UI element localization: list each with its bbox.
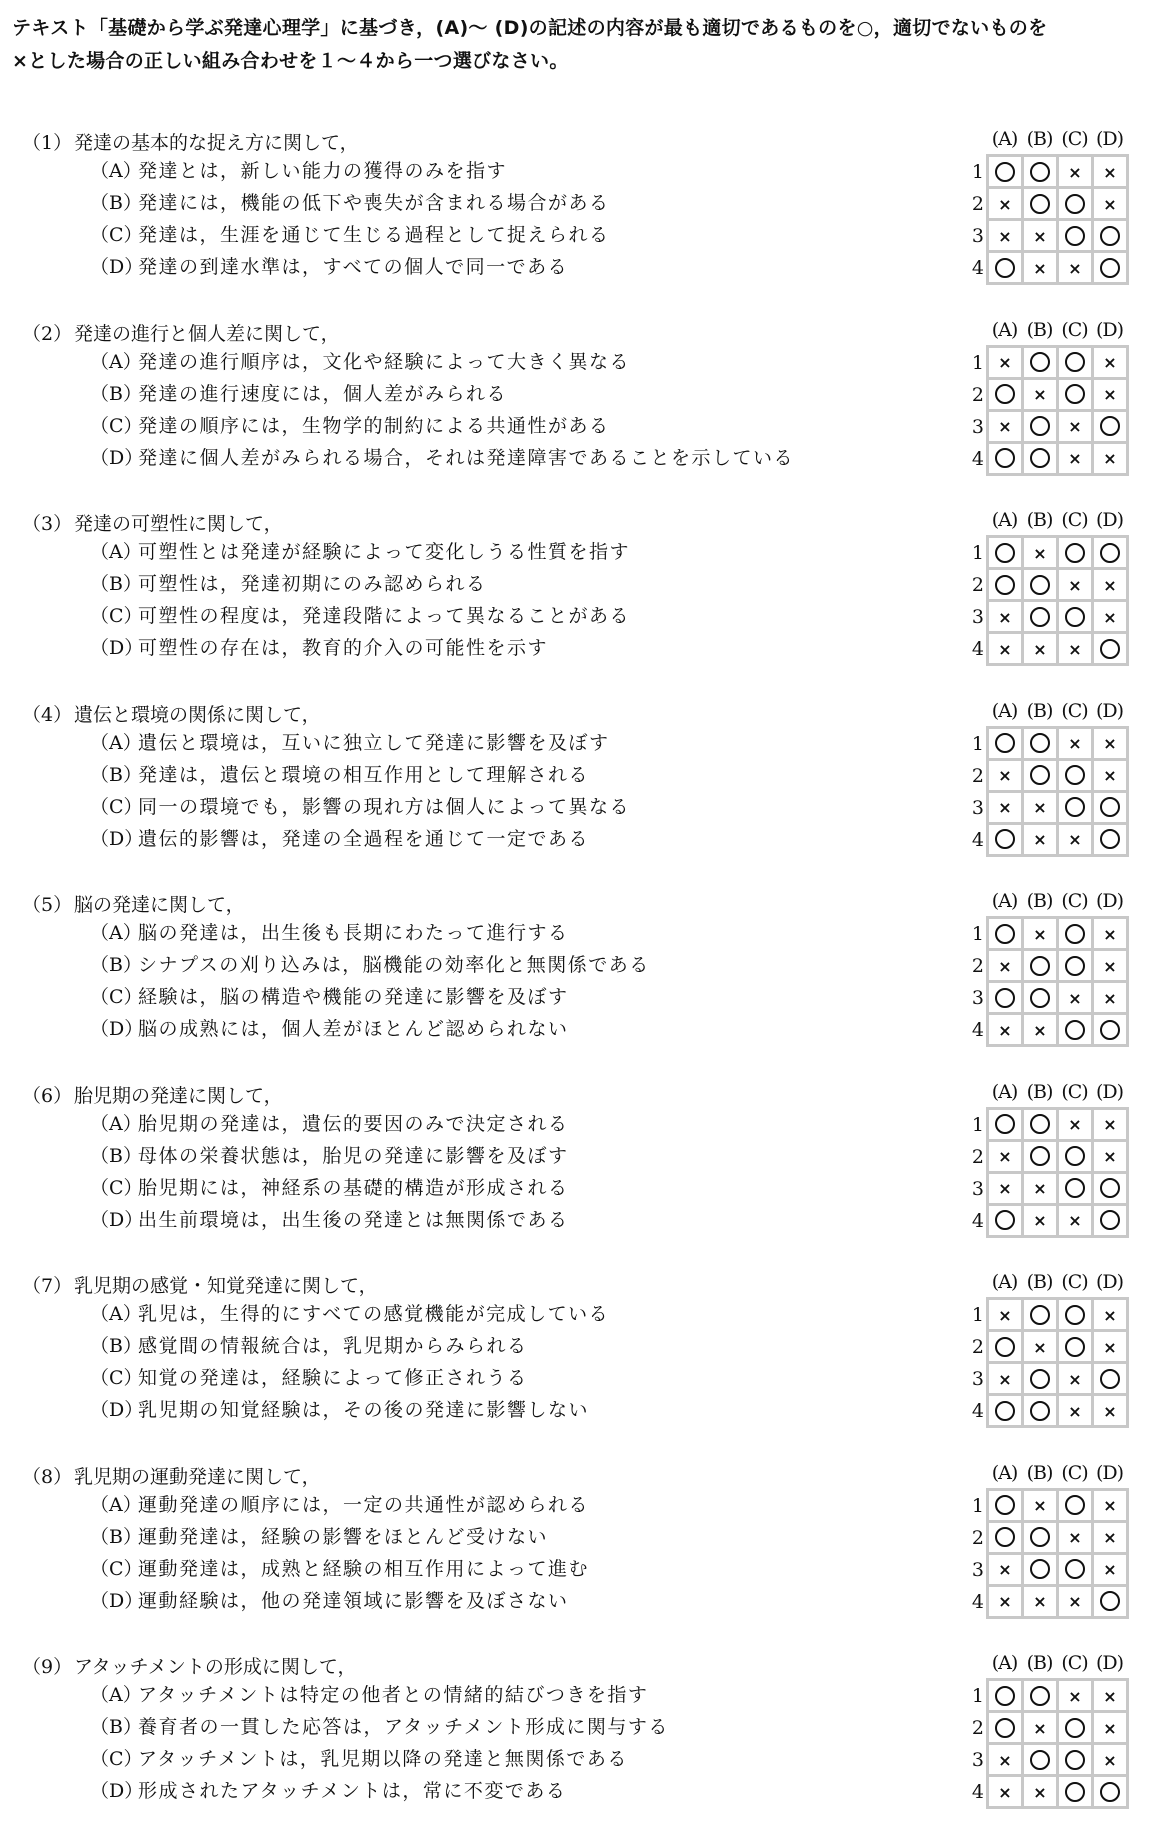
choice-table: ×××××××× [986,726,1129,857]
cross-mark-icon: × [1068,451,1081,467]
statement: （D）発達に個人差がみられる場合，それは発達障害であることを示している [90,443,794,470]
choice-number[interactable]: 2 [960,760,984,792]
choice-number[interactable]: 4 [960,1586,984,1618]
statement: （B）発達は，遺伝と環境の相互作用として理解される [90,760,589,787]
circle-mark-icon [1100,1178,1120,1198]
grid-cell: × [988,1744,1023,1776]
question-header: （7）乳児期の感覚・知覚発達に関して， [22,1271,378,1298]
question-header: （2）発達の進行と個人差に関して， [22,319,340,346]
cross-mark-icon: × [998,1753,1011,1769]
statement-text: 同一の環境でも，影響の現れ方は個人によって異なる [138,796,630,818]
choice-number[interactable]: 1 [960,918,984,950]
statement-text: 発達の到達水準は，すべての個人で同一である [138,256,568,278]
circle-mark-icon [1030,352,1050,372]
circle-mark-icon [1100,416,1120,436]
circle-mark-icon [995,988,1015,1008]
column-header: (B) [1022,1462,1057,1486]
statement-text: 発達とは，新しい能力の獲得のみを指す [138,160,507,182]
circle-mark-icon [995,1114,1015,1134]
statement-label: （C） [90,982,138,1009]
column-header: (A) [987,1462,1022,1486]
choice-number[interactable]: 1 [960,1490,984,1522]
statement-text: 出生前環境は，出生後の発達とは無関係である [138,1209,569,1231]
question-number: （4） [22,700,74,727]
grid-cell [1058,346,1093,378]
grid-row-numbers: 1234 [960,156,984,284]
grid-cell [1093,252,1128,284]
choice-number[interactable]: 3 [960,1173,984,1205]
grid-column-headers: (A)(B)(C)(D) [987,509,1137,533]
cross-mark-icon: × [1068,991,1081,1007]
grid-cell: × [988,346,1023,378]
cross-mark-icon: × [1103,1308,1116,1324]
cross-mark-icon: × [1068,736,1081,752]
grid-cell [988,252,1023,284]
circle-mark-icon [995,733,1015,753]
cross-mark-icon: × [1068,1404,1081,1420]
choice-row[interactable]: ×× [988,1014,1128,1046]
statement-text: 遺伝と環境は，互いに独立して発達に影響を及ぼす [138,732,610,754]
circle-mark-icon [1030,575,1050,595]
choice-number[interactable]: 3 [960,1744,984,1776]
choice-number[interactable]: 2 [960,1141,984,1173]
grid-cell [1023,727,1058,759]
question-header: （8）乳児期の運動発達に関して， [22,1462,321,1489]
choice-row[interactable]: ×× [988,727,1128,759]
statement: （B）養育者の一貫した応答は，アタッチメント形成に関与する [90,1712,669,1739]
statement-label: （A） [90,1680,138,1707]
choice-table: ×××××××× [986,535,1129,666]
choice-row[interactable]: ××× [988,633,1128,665]
grid-cell: × [1023,1172,1058,1204]
cross-mark-icon: × [1103,1149,1116,1165]
choice-number[interactable]: 3 [960,220,984,252]
statement-text: 胎児期の発達は，遺伝的要因のみで決定される [138,1113,569,1135]
circle-mark-icon [995,1718,1015,1738]
grid-cell [1058,1014,1093,1046]
grid-cell: × [1093,918,1128,950]
column-header: (A) [987,319,1022,343]
statement-label: （D） [90,1776,138,1803]
choice-row[interactable]: ×× [988,1712,1128,1744]
statement-text: 知覚の発達は，経験によって修正されうる [138,1367,528,1389]
choice-row[interactable]: ×× [988,1204,1128,1236]
statement-text: 可塑性の存在は，教育的介入の可能性を示す [138,637,548,659]
choice-row[interactable]: ×× [988,823,1128,855]
choice-number[interactable]: 1 [960,728,984,760]
choice-number[interactable]: 1 [960,1109,984,1141]
choice-number[interactable]: 1 [960,156,984,188]
question-title: 脳の発達に関して， [74,894,245,916]
circle-mark-icon [1100,1020,1120,1040]
choice-number[interactable]: 1 [960,1680,984,1712]
cross-mark-icon: × [1103,1117,1116,1133]
choice-table: ×××××××× [986,1297,1129,1428]
choice-row[interactable]: ×× [988,220,1128,252]
circle-mark-icon [1065,1146,1085,1166]
question-title: 乳児期の運動発達に関して， [74,1466,321,1488]
question-number: （7） [22,1271,74,1298]
question-header: （3）発達の可塑性に関して， [22,509,283,536]
column-header: (B) [1022,509,1057,533]
statement: （C）同一の環境でも，影響の現れ方は個人によって異なる [90,792,630,819]
question-block: （5）脳の発達に関して，（A）脳の発達は，出生後も長期にわたって進行する（B）シ… [0,880,1160,1070]
grid-cell [1023,442,1058,474]
column-header: (D) [1092,1462,1127,1486]
statement-text: 感覚間の情報統合は，乳児期からみられる [138,1335,528,1357]
cross-mark-icon: × [998,197,1011,213]
choice-number[interactable]: 2 [960,188,984,220]
grid-cell: × [1023,1712,1058,1744]
circle-mark-icon [995,543,1015,563]
statement-text: 可塑性とは発達が経験によって変化しうる性質を指す [138,541,630,563]
choice-number[interactable]: 4 [960,443,984,475]
grid-cell: × [988,410,1023,442]
grid-cell: × [1093,1680,1128,1712]
choice-number[interactable]: 2 [960,1712,984,1744]
question-block: （9）アタッチメントの形成に関して，（A）アタッチメントは特定の他者との情緒的結… [0,1642,1160,1832]
grid-row-numbers: 1234 [960,918,984,1046]
grid-column-headers: (A)(B)(C)(D) [987,319,1137,343]
grid-cell: × [988,791,1023,823]
cross-mark-icon: × [1033,1340,1046,1356]
choice-row[interactable]: × [988,537,1128,569]
cross-mark-icon: × [1068,261,1081,277]
grid-cell [1023,410,1058,442]
statement-label: （B） [90,1331,138,1358]
choice-number[interactable]: 4 [960,824,984,856]
grid-row-numbers: 1234 [960,1299,984,1427]
choice-row[interactable]: ×× [988,1744,1128,1776]
column-header: (C) [1057,1081,1092,1105]
grid-cell [988,1108,1023,1140]
choice-row[interactable]: ×× [988,569,1128,601]
circle-mark-icon [995,162,1015,182]
choice-row[interactable]: ×× [988,1108,1128,1140]
choice-number[interactable]: 3 [960,411,984,443]
choice-number[interactable]: 3 [960,1554,984,1586]
statement: （B）運動発達は，経験の影響をほとんど受けない [90,1522,548,1549]
statement: （A）運動発達の順序には，一定の共通性が認められる [90,1490,589,1517]
statement-label: （B） [90,1522,138,1549]
statement-label: （C） [90,411,138,438]
instructions: テキスト「基礎から学ぶ発達心理学」に基づき，(A)～ (D)の記述の内容が最も適… [12,12,1152,78]
statement-label: （A） [90,537,138,564]
choice-row[interactable]: ×× [988,410,1128,442]
cross-mark-icon: × [1103,355,1116,371]
cross-mark-icon: × [1033,546,1046,562]
column-header: (D) [1092,128,1127,152]
choice-row[interactable]: ×× [988,1363,1128,1395]
cross-mark-icon: × [998,768,1011,784]
circle-mark-icon [1065,1782,1085,1802]
cross-mark-icon: × [998,1181,1011,1197]
circle-mark-icon [1030,988,1050,1008]
column-header: (C) [1057,128,1092,152]
statement-text: 可塑性の程度は，発達段階によって異なることがある [138,605,630,627]
cross-mark-icon: × [1103,387,1116,403]
circle-mark-icon [1030,1750,1050,1770]
grid-cell: × [1058,1363,1093,1395]
statement: （D）可塑性の存在は，教育的介入の可能性を示す [90,633,548,660]
choice-row[interactable]: ×× [988,982,1128,1014]
question-block: （3）発達の可塑性に関して，（A）可塑性とは発達が経験によって変化しうる性質を指… [0,499,1160,689]
choice-table: ×××××××× [986,1107,1129,1238]
cross-mark-icon: × [1103,927,1116,943]
choice-number[interactable]: 2 [960,1331,984,1363]
question-header: （9）アタッチメントの形成に関して， [22,1652,357,1679]
grid-cell: × [1093,1744,1128,1776]
cross-mark-icon: × [1103,1404,1116,1420]
choice-row[interactable]: ×× [988,1489,1128,1521]
grid-cell [1058,1553,1093,1585]
circle-mark-icon [995,829,1015,849]
circle-mark-icon [1065,384,1085,404]
cross-mark-icon: × [1068,1530,1081,1546]
grid-cell: × [1023,1204,1058,1236]
cross-mark-icon: × [1103,578,1116,594]
grid-cell: × [1023,1331,1058,1363]
grid-cell [1058,1489,1093,1521]
statement: （A）発達とは，新しい能力の獲得のみを指す [90,156,507,183]
grid-cell: × [1093,950,1128,982]
circle-mark-icon [1065,543,1085,563]
choice-row[interactable]: ×× [988,918,1128,950]
circle-mark-icon [1100,258,1120,278]
column-header: (C) [1057,1271,1092,1295]
column-header: (D) [1092,1271,1127,1295]
cross-mark-icon: × [1103,768,1116,784]
choice-number[interactable]: 4 [960,1014,984,1046]
choice-row[interactable]: ×× [988,759,1128,791]
statement-label: （B） [90,379,138,406]
grid-cell: × [1093,759,1128,791]
grid-cell [988,1680,1023,1712]
statement-label: （A） [90,1109,138,1136]
choice-row[interactable]: ×× [988,346,1128,378]
choice-number[interactable]: 4 [960,1395,984,1427]
circle-mark-icon [1065,765,1085,785]
choice-row[interactable]: ×× [988,442,1128,474]
cross-mark-icon: × [1033,1213,1046,1229]
circle-mark-icon [1065,607,1085,627]
statement-text: 形成されたアタッチメントは，常に不変である [138,1780,566,1802]
grid-cell [988,1331,1023,1363]
column-header: (B) [1022,890,1057,914]
grid-cell: × [1093,1108,1128,1140]
grid-cell [988,1204,1023,1236]
choice-row[interactable]: ×× [988,1776,1128,1808]
cross-mark-icon: × [1103,959,1116,975]
choice-row[interactable]: ×× [988,1553,1128,1585]
column-header: (B) [1022,1081,1057,1105]
statement-text: 発達は，遺伝と環境の相互作用として理解される [138,764,589,786]
statement-text: 運動発達は，経験の影響をほとんど受けない [138,1526,548,1548]
choice-row[interactable]: ×× [988,156,1128,188]
statement-label: （A） [90,347,138,374]
choice-row[interactable]: ×× [988,791,1128,823]
statement-text: アタッチメントは，乳児期以降の発達と無関係である [138,1748,628,1770]
grid-cell: × [1093,1140,1128,1172]
grid-cell [1058,188,1093,220]
grid-cell: × [1093,188,1128,220]
question-number: （9） [22,1652,74,1679]
choice-row[interactable]: ×× [988,1680,1128,1712]
grid-cell: × [1093,1553,1128,1585]
circle-mark-icon [995,448,1015,468]
choice-row[interactable]: ×× [988,950,1128,982]
choice-row[interactable]: ×× [988,1299,1128,1331]
question-block: （2）発達の進行と個人差に関して，（A）発達の進行順序は，文化や経験によって大き… [0,309,1160,499]
statement: （A）胎児期の発達は，遺伝的要因のみで決定される [90,1109,569,1136]
circle-mark-icon [995,1337,1015,1357]
grid-cell: × [1093,727,1128,759]
cross-mark-icon: × [1033,832,1046,848]
cross-mark-icon: × [1103,451,1116,467]
choice-row[interactable]: ×× [988,1331,1128,1363]
choice-row[interactable]: ×× [988,1521,1128,1553]
choice-row[interactable]: ×× [988,188,1128,220]
question-title: アタッチメントの形成に関して， [74,1656,357,1678]
statement: （A）発達の進行順序は，文化や経験によって大きく異なる [90,347,630,374]
circle-mark-icon [1100,797,1120,817]
choice-number[interactable]: 2 [960,950,984,982]
column-header: (A) [987,1271,1022,1295]
choice-table: ××××××××× [986,1488,1129,1619]
grid-cell: × [1093,982,1128,1014]
choice-row[interactable]: ×× [988,1172,1128,1204]
grid-cell: × [1093,442,1128,474]
column-header: (B) [1022,319,1057,343]
cross-mark-icon: × [1033,1498,1046,1514]
grid-row-numbers: 1234 [960,537,984,665]
choice-number[interactable]: 2 [960,379,984,411]
cross-mark-icon: × [1103,1340,1116,1356]
statement-label: （B） [90,1141,138,1168]
grid-cell: × [1093,378,1128,410]
circle-mark-icon [1030,1559,1050,1579]
statement: （C）発達の順序には，生物学的制約による共通性がある [90,411,610,438]
grid-cell: × [1058,1521,1093,1553]
grid-cell: × [988,1299,1023,1331]
grid-cell [1093,1585,1128,1617]
statement: （C）発達は，生涯を通じて生じる過程として捉えられる [90,220,610,247]
choice-number[interactable]: 1 [960,347,984,379]
column-header: (D) [1092,319,1127,343]
circle-mark-icon [1100,829,1120,849]
statement-label: （D） [90,252,138,279]
statement-text: 運動発達は，成熟と経験の相互作用によって進む [138,1558,589,1580]
choice-number[interactable]: 4 [960,1205,984,1237]
question-title: 発達の可塑性に関して， [74,513,283,535]
choice-number[interactable]: 4 [960,1776,984,1808]
choice-number[interactable]: 4 [960,633,984,665]
grid-column-headers: (A)(B)(C)(D) [987,1462,1137,1486]
grid-cell [988,1712,1023,1744]
grid-cell: × [1093,569,1128,601]
cross-mark-icon: × [998,1149,1011,1165]
grid-cell [1093,1776,1128,1808]
circle-mark-icon [1030,416,1050,436]
statement: （D）脳の成熟には，個人差がほとんど認められない [90,1014,569,1041]
choice-number[interactable]: 2 [960,569,984,601]
grid-cell: × [1023,1014,1058,1046]
circle-mark-icon [995,1401,1015,1421]
column-header: (A) [987,890,1022,914]
choice-number[interactable]: 3 [960,601,984,633]
instruction-line-2: ×とした場合の正しい組み合わせを１～４から一つ選びなさい。 [12,45,1152,78]
cross-mark-icon: × [998,229,1011,245]
statement-text: 乳児は，生得的にすべての感覚機能が完成している [138,1303,609,1325]
grid-cell [1058,1776,1093,1808]
column-header: (A) [987,128,1022,152]
choice-number[interactable]: 4 [960,252,984,284]
cross-mark-icon: × [998,1308,1011,1324]
grid-row-numbers: 1234 [960,1109,984,1237]
choice-row[interactable]: ××× [988,1585,1128,1617]
cross-mark-icon: × [1033,800,1046,816]
choice-number[interactable]: 1 [960,537,984,569]
grid-cell: × [988,950,1023,982]
choice-number[interactable]: 3 [960,1363,984,1395]
grid-cell [1058,1140,1093,1172]
statement-text: 養育者の一貫した応答は，アタッチメント形成に関与する [138,1716,669,1738]
choice-number[interactable]: 1 [960,1299,984,1331]
cross-mark-icon: × [1068,165,1081,181]
choice-row[interactable]: ×× [988,1395,1128,1427]
choice-row[interactable]: ×× [988,601,1128,633]
cross-mark-icon: × [1033,1721,1046,1737]
circle-mark-icon [995,1686,1015,1706]
statement-label: （C） [90,1363,138,1390]
choice-number[interactable]: 3 [960,792,984,824]
circle-mark-icon [995,575,1015,595]
grid-cell [1023,982,1058,1014]
column-header: (D) [1092,890,1127,914]
grid-cell [1023,1553,1058,1585]
choice-row[interactable]: ×× [988,378,1128,410]
circle-mark-icon [1030,1369,1050,1389]
column-header: (D) [1092,1652,1127,1676]
statement: （C）可塑性の程度は，発達段階によって異なることがある [90,601,630,628]
grid-cell [1058,1299,1093,1331]
choice-table: ×××××××× [986,1678,1129,1809]
statement: （D）乳児期の知覚経験は，その後の発達に影響しない [90,1395,589,1422]
grid-cell: × [1023,918,1058,950]
choice-number[interactable]: 2 [960,1522,984,1554]
choice-row[interactable]: ×× [988,252,1128,284]
circle-mark-icon [1065,1178,1085,1198]
choice-number[interactable]: 3 [960,982,984,1014]
statement-text: 運動発達の順序には，一定の共通性が認められる [138,1494,589,1516]
cross-mark-icon: × [1068,1213,1081,1229]
grid-cell [1058,378,1093,410]
circle-mark-icon [1030,956,1050,976]
question-block: （1）発達の基本的な捉え方に関して，（A）発達とは，新しい能力の獲得のみを指す（… [0,118,1160,308]
circle-mark-icon [1030,1401,1050,1421]
circle-mark-icon [995,924,1015,944]
grid-cell [1058,1712,1093,1744]
grid-cell [1058,1331,1093,1363]
grid-cell [988,1395,1023,1427]
circle-mark-icon [1030,733,1050,753]
grid-column-headers: (A)(B)(C)(D) [987,1081,1137,1105]
statement-label: （C） [90,1173,138,1200]
question-number: （5） [22,890,74,917]
grid-cell: × [1093,1712,1128,1744]
choice-row[interactable]: ×× [988,1140,1128,1172]
grid-cell: × [1023,1776,1058,1808]
